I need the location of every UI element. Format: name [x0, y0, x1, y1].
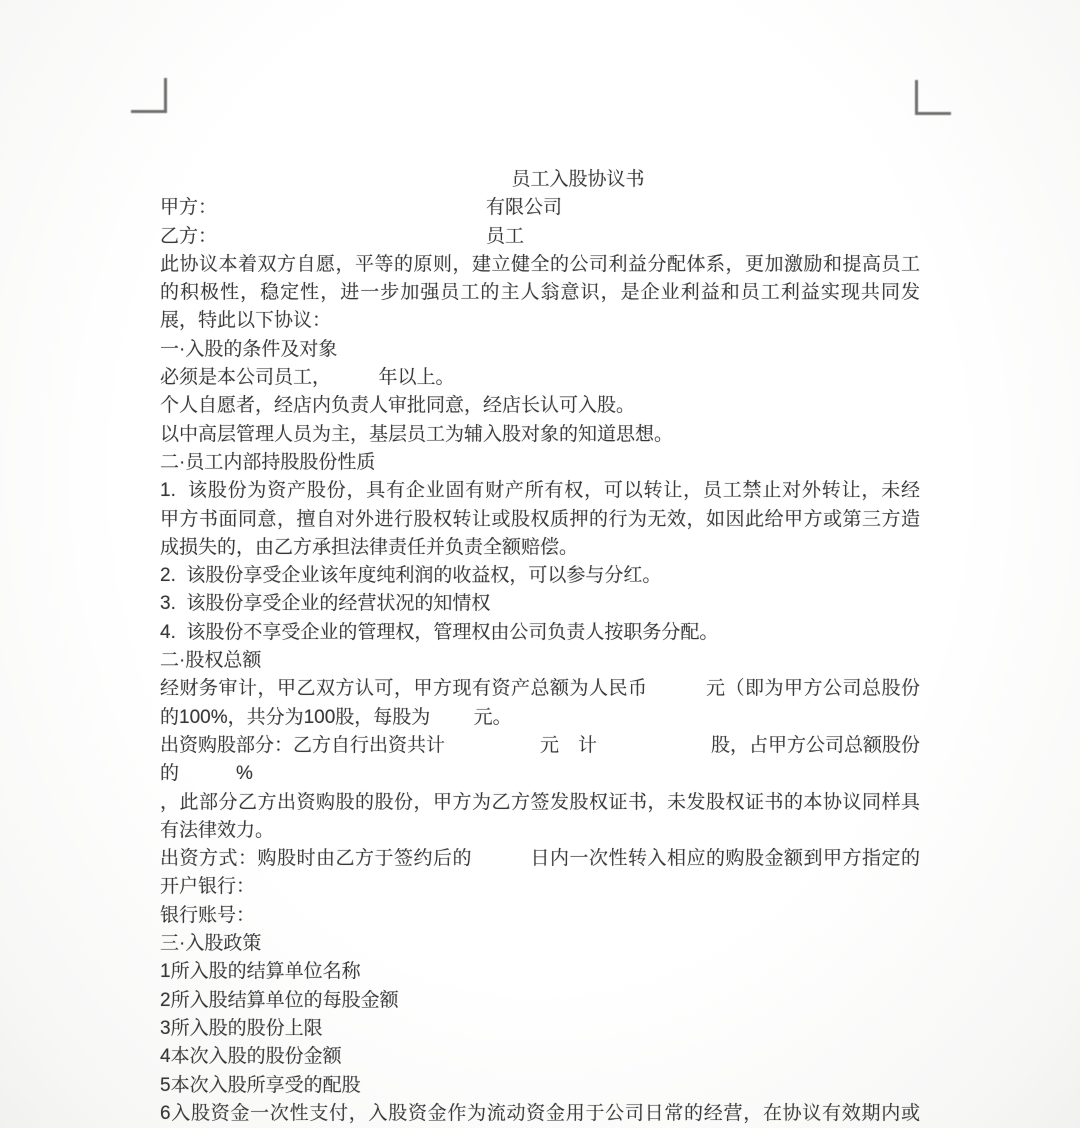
- document-line: 展，特此以下协议：: [160, 307, 920, 335]
- document-line: 二·股权总额: [160, 647, 920, 675]
- document-line: 三·入股政策: [160, 930, 920, 958]
- margin-crop-mark-top-left-icon: [131, 78, 167, 113]
- document-line: 出资方式：购股时由乙方于签约后的 日内一次性转入相应的购股金额到甲方指定的: [160, 845, 920, 873]
- document-line: 甲方书面同意，擅自对外进行股权转让或股权质押的行为无效，如因此给甲方或第三方造: [160, 506, 920, 534]
- party-row: 甲方：有限公司: [160, 194, 920, 222]
- party-row: 乙方：员工: [160, 223, 920, 251]
- document-line: 开户银行：: [160, 873, 920, 901]
- document-line: 6入股资金一次性支付，入股资金作为流动资金用于公司日常的经营，在协议有效期内或: [160, 1100, 920, 1128]
- party-label: 乙方：: [160, 226, 217, 247]
- document-line: 1所入股的结算单位名称: [160, 958, 920, 986]
- document-line: 的100%，共分为100股，每股为 元。: [160, 704, 920, 732]
- document-text-area: 员工入股协议书甲方：有限公司乙方：员工此协议本着双方自愿，平等的原则，建立健全的…: [160, 166, 920, 1128]
- document-line: 3. 该股份享受企业的经营状况的知情权: [160, 590, 920, 618]
- document-line: 此协议本着双方自愿，平等的原则，建立健全的公司利益分配体系，更加激励和提高员工: [160, 251, 920, 279]
- document-line: 2所入股结算单位的每股金额: [160, 987, 920, 1015]
- party-value: 员工: [486, 223, 524, 251]
- party-value: 有限公司: [486, 194, 562, 222]
- document-line: 出资购股部分：乙方自行出资共计 元 计 股，占甲方公司总额股份: [160, 732, 920, 760]
- document-line: 2. 该股份享受企业该年度纯利润的收益权，可以参与分红。: [160, 562, 920, 590]
- document-line: 以中高层管理人员为主，基层员工为辅入股对象的知道思想。: [160, 421, 920, 449]
- document-line: 5本次入股所享受的配股: [160, 1072, 920, 1100]
- document-line: 的 %: [160, 760, 920, 788]
- party-label: 甲方：: [160, 197, 217, 218]
- document-line: 4. 该股份不享受企业的管理权，管理权由公司负责人按职务分配。: [160, 619, 920, 647]
- document-title: 员工入股协议书: [198, 166, 958, 194]
- document-line: 有法律效力。: [160, 817, 920, 845]
- document-line: 必须是本公司员工， 年以上。: [160, 364, 920, 392]
- document-line: ，此部分乙方出资购股的股份，甲方为乙方签发股权证书，未发股权证书的本协议同样具: [160, 789, 920, 817]
- document-line: 1. 该股份为资产股份，具有企业固有财产所有权，可以转让，员工禁止对外转让，未经: [160, 477, 920, 505]
- document-line: 的积极性，稳定性，进一步加强员工的主人翁意识，是企业利益和员工利益实现共同发: [160, 279, 920, 307]
- document-line: 3所入股的股份上限: [160, 1015, 920, 1043]
- margin-crop-mark-top-right-icon: [915, 80, 951, 115]
- document-line: 银行账号：: [160, 902, 920, 930]
- document-line: 经财务审计，甲乙双方认可，甲方现有资产总额为人民币 元（即为甲方公司总股份: [160, 675, 920, 703]
- document-photo: 员工入股协议书甲方：有限公司乙方：员工此协议本着双方自愿，平等的原则，建立健全的…: [0, 0, 1080, 1128]
- document-line: 成损失的，由乙方承担法律责任并负责全额赔偿。: [160, 534, 920, 562]
- document-line: 一·入股的条件及对象: [160, 336, 920, 364]
- document-line: 4本次入股的股份金额: [160, 1043, 920, 1071]
- document-line: 二·员工内部持股股份性质: [160, 449, 920, 477]
- document-line: 个人自愿者，经店内负责人审批同意，经店长认可入股。: [160, 392, 920, 420]
